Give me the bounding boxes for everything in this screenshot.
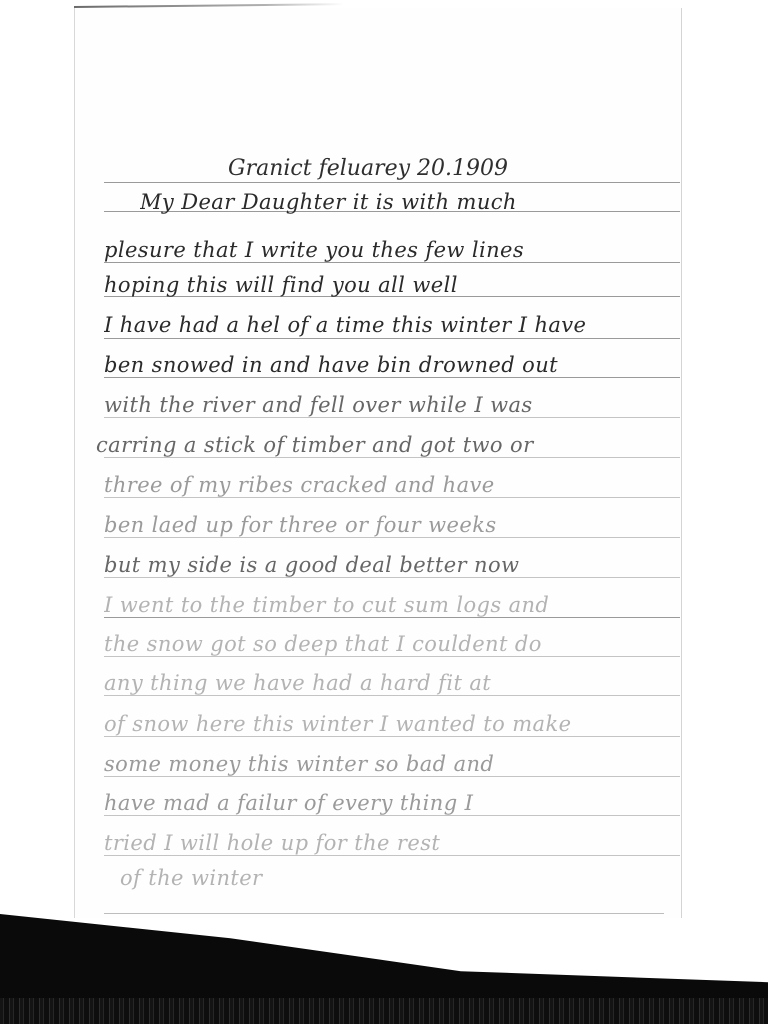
heading-place: Granict [228,156,312,181]
letter-line: of the winter [120,863,694,893]
letter-line: with the river and fell over while I was [104,390,678,420]
letter-line: carring a stick of timber and got two or [96,430,670,460]
letter-line: ben snowed in and have bin drowned out [104,350,678,380]
letter-line: three of my ribes cracked and have [104,470,678,500]
heading-date: feluarey 20.1909 [319,156,508,181]
letter-line: My Dear Daughter it is with much [140,187,714,217]
letter-line: I have had a hel of a time this winter I… [104,310,678,340]
letter-line: but my side is a good deal better now [104,550,678,580]
scanner-edge-noise [0,998,768,1024]
letter-line: any thing we have had a hard fit at [104,668,678,698]
letter-line: tried I will hole up for the rest [104,828,678,858]
letter-line: hoping this will find you all well [104,270,678,300]
letter-line: of snow here this winter I wanted to mak… [104,709,678,739]
letter-line: plesure that I write you thes few lines [104,235,678,265]
letter-heading: Granict feluarey 20.1909 [228,156,508,181]
ruled-line [104,182,680,183]
letter-line: I went to the timber to cut sum logs and [104,590,678,620]
ruled-line [104,913,664,914]
letter-line: ben laed up for three or four weeks [104,510,678,540]
letter-line: the snow got so deep that I couldent do [104,629,678,659]
letter-line: some money this winter so bad and [104,749,678,779]
letter-line: have mad a failur of every thing I [104,788,678,818]
letter-page [74,8,682,918]
